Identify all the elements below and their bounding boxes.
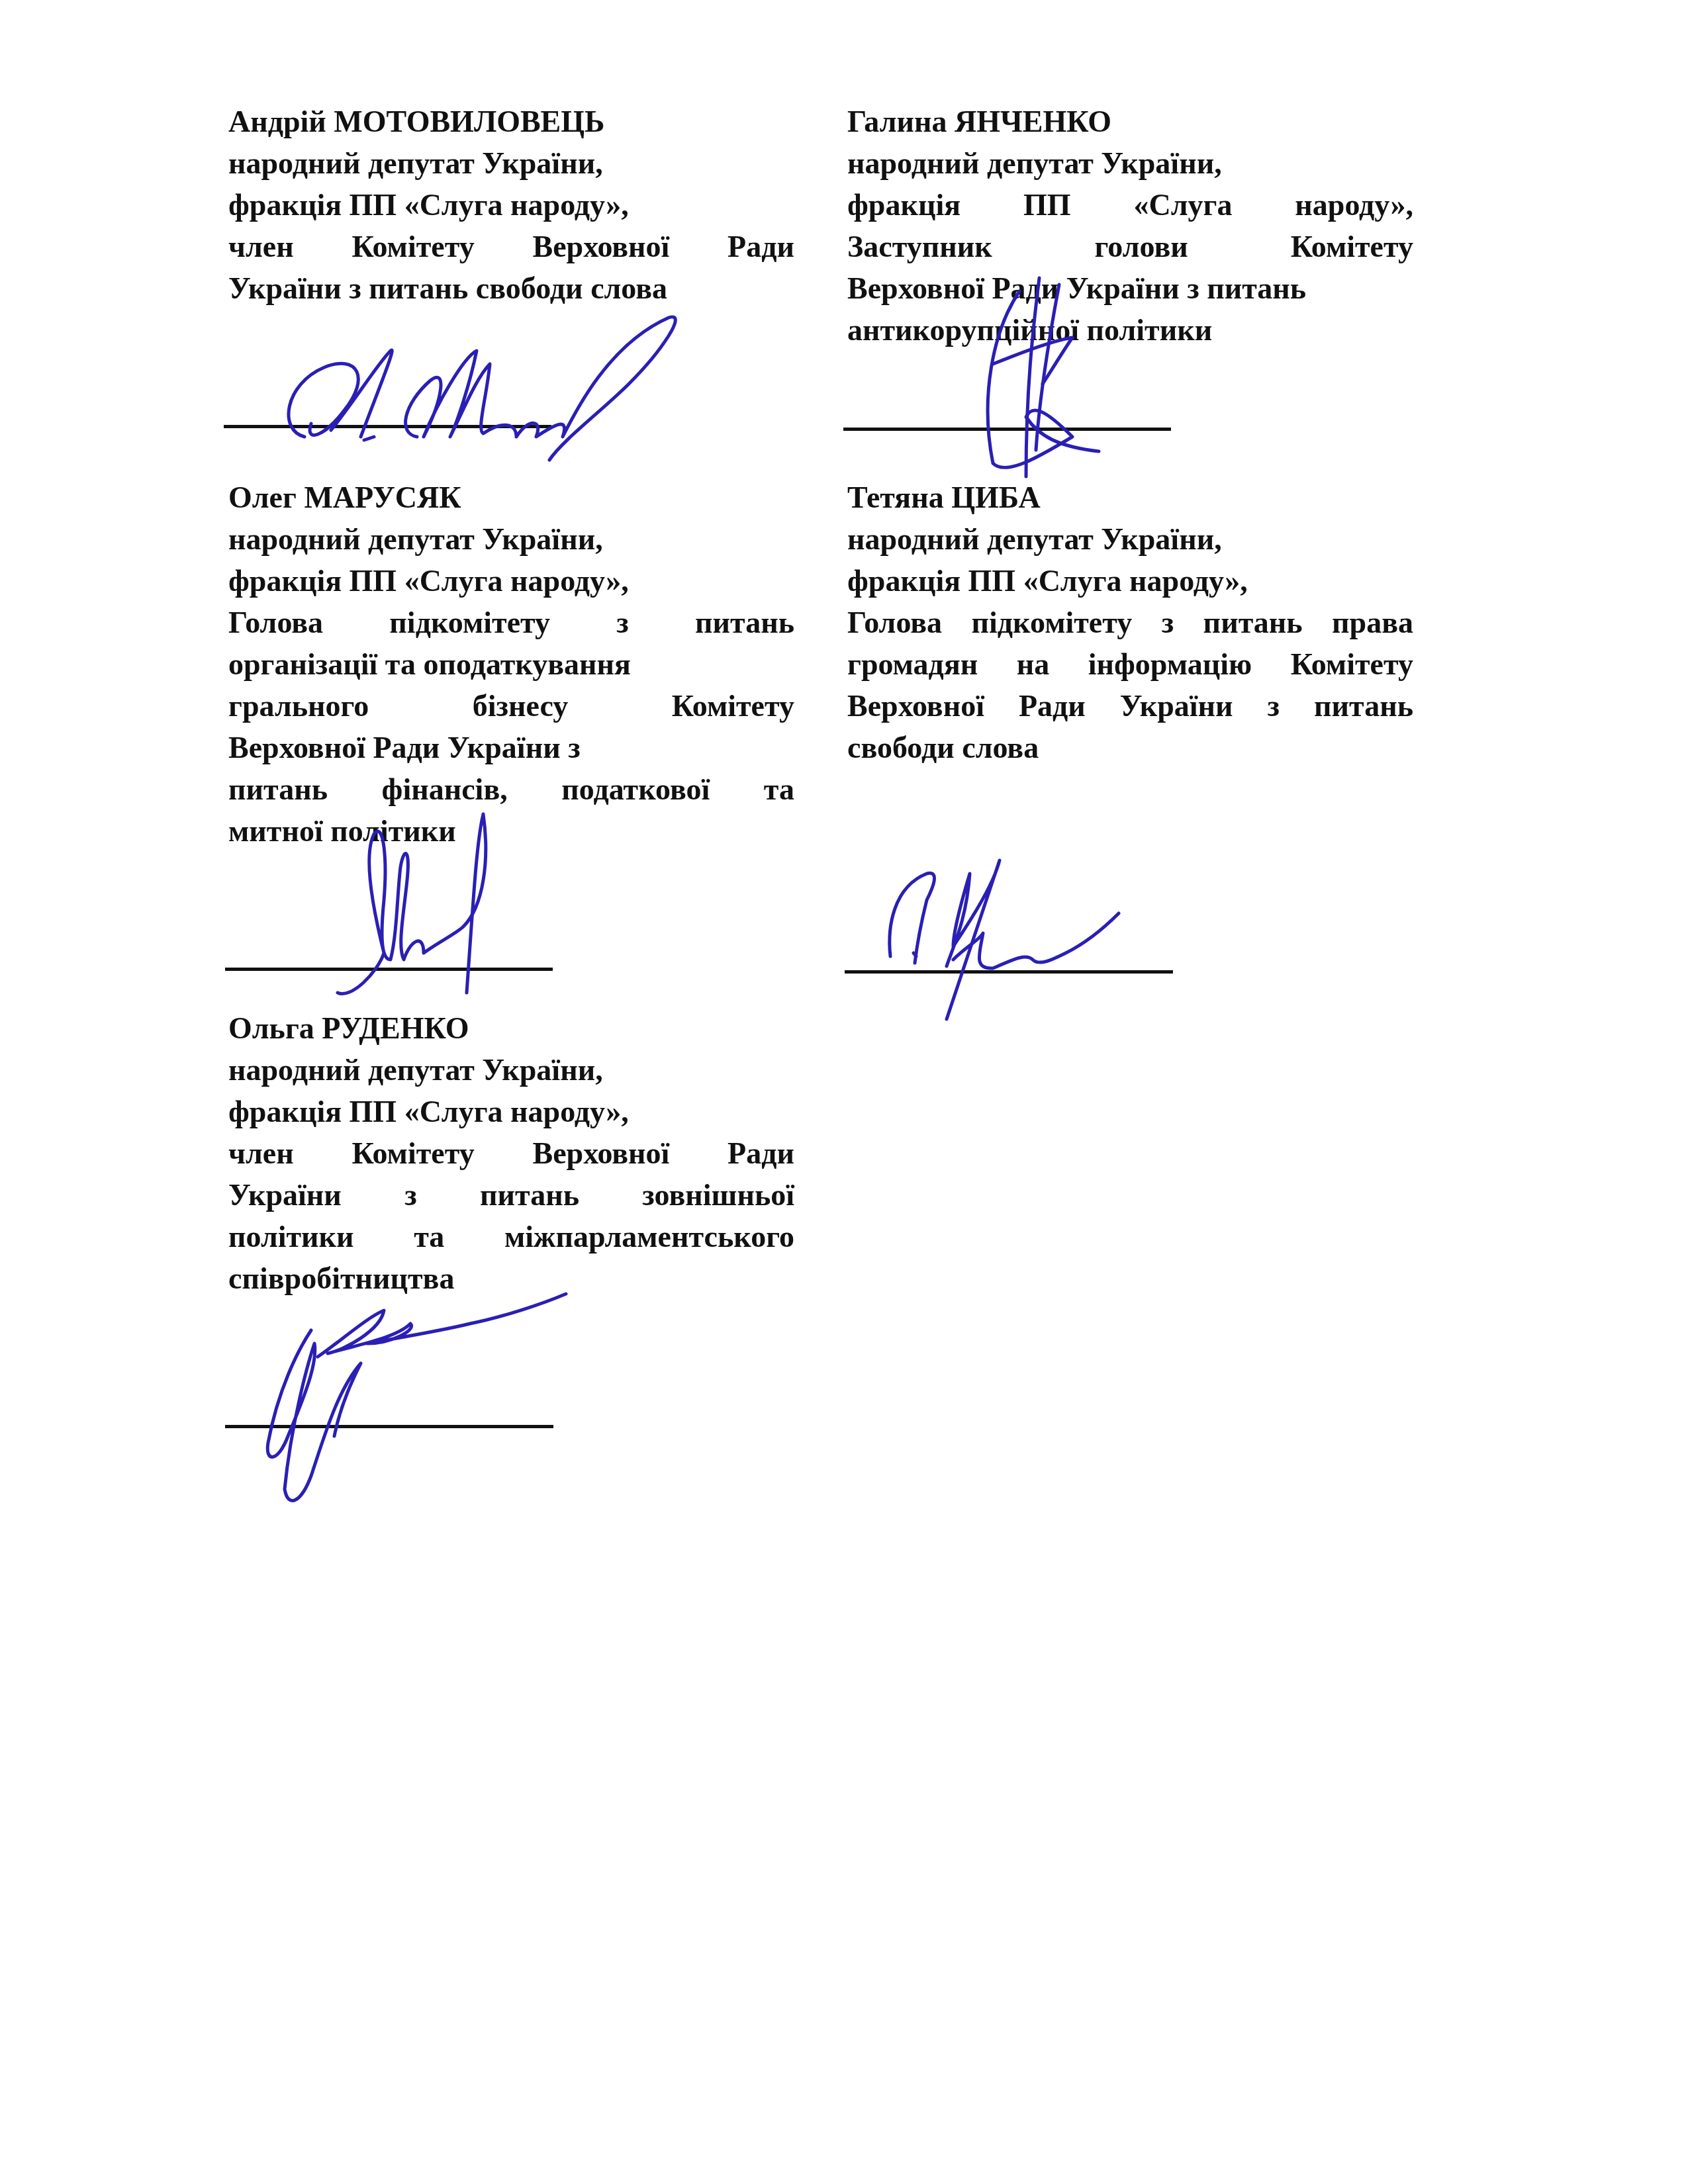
signatory-title-line: Голова підкомітету з питань права: [847, 602, 1413, 643]
signatory-title-line: України з питань зовнішньої: [228, 1174, 794, 1216]
signatory-title-line: Верховної Ради України з питань: [847, 685, 1413, 727]
signatory-title-line: України з питань свободи слова: [228, 267, 794, 309]
signatory-title-line: громадян на інформацію Комітету: [847, 643, 1413, 685]
signatory-title-line: політики та міжпарламентського: [228, 1216, 794, 1257]
signatory-title-line: народний депутат України,: [847, 518, 1413, 560]
signatory-name: Тетяна ЦИБА: [847, 477, 1413, 518]
signatory-title-line: фракція ПП «Слуга народу»,: [228, 1091, 794, 1132]
signatory-title-line: фракція ПП «Слуга народу»,: [847, 560, 1413, 602]
signatory-title-line: фракція ПП «Слуга народу»,: [228, 184, 794, 226]
signatory-title-line: народний депутат України,: [228, 142, 794, 184]
signatory-title-line: грального бізнесу Комітету: [228, 685, 794, 727]
signatory-title-line: член Комітету Верховної Ради: [228, 1132, 794, 1174]
signatory-title-line: свободи слова: [847, 727, 1413, 768]
signatory-title-line: організації та оподаткування: [228, 643, 794, 685]
handwritten-signature: [252, 1291, 728, 1529]
signatory-title-line: Заступник голови Комітету: [847, 226, 1413, 267]
signatory-block-marusiak: Олег МАРУСЯК народний депутат України, ф…: [228, 477, 794, 852]
handwritten-signature: [940, 278, 1152, 490]
signatory-name: Андрій МОТОВИЛОВЕЦЬ: [228, 101, 794, 142]
signatory-title-line: митної політики: [228, 810, 794, 852]
signatory-title-line: питань фінансів, податкової та: [228, 768, 794, 810]
signatory-title-line: фракція ПП «Слуга народу»,: [228, 560, 794, 602]
signatory-title-line: народний депутат України,: [228, 1049, 794, 1091]
signatory-name: Олег МАРУСЯК: [228, 477, 794, 518]
signatory-title-line: фракція ПП «Слуга народу»,: [847, 184, 1413, 226]
signatory-title-line: Голова підкомітету з питань: [228, 602, 794, 643]
signatory-name: Ольга РУДЕНКО: [228, 1007, 794, 1049]
signatory-title-line: член Комітету Верховної Ради: [228, 226, 794, 267]
signatory-title-line: народний депутат України,: [847, 142, 1413, 184]
signatory-block-motovylovets: Андрій МОТОВИЛОВЕЦЬ народний депутат Укр…: [228, 101, 794, 309]
handwritten-signature: [324, 801, 510, 1006]
signatory-title-line: народний депутат України,: [228, 518, 794, 560]
signatory-title-line: Верховної Ради України з: [228, 727, 794, 768]
signatory-block-rudenko: Ольга РУДЕНКО народний депутат України, …: [228, 1007, 794, 1299]
handwritten-signature: [265, 304, 741, 463]
handwritten-signature: [861, 847, 1152, 1046]
signatory-name: Галина ЯНЧЕНКО: [847, 101, 1413, 142]
signatory-block-tsyba: Тетяна ЦИБА народний депутат України, фр…: [847, 477, 1413, 768]
